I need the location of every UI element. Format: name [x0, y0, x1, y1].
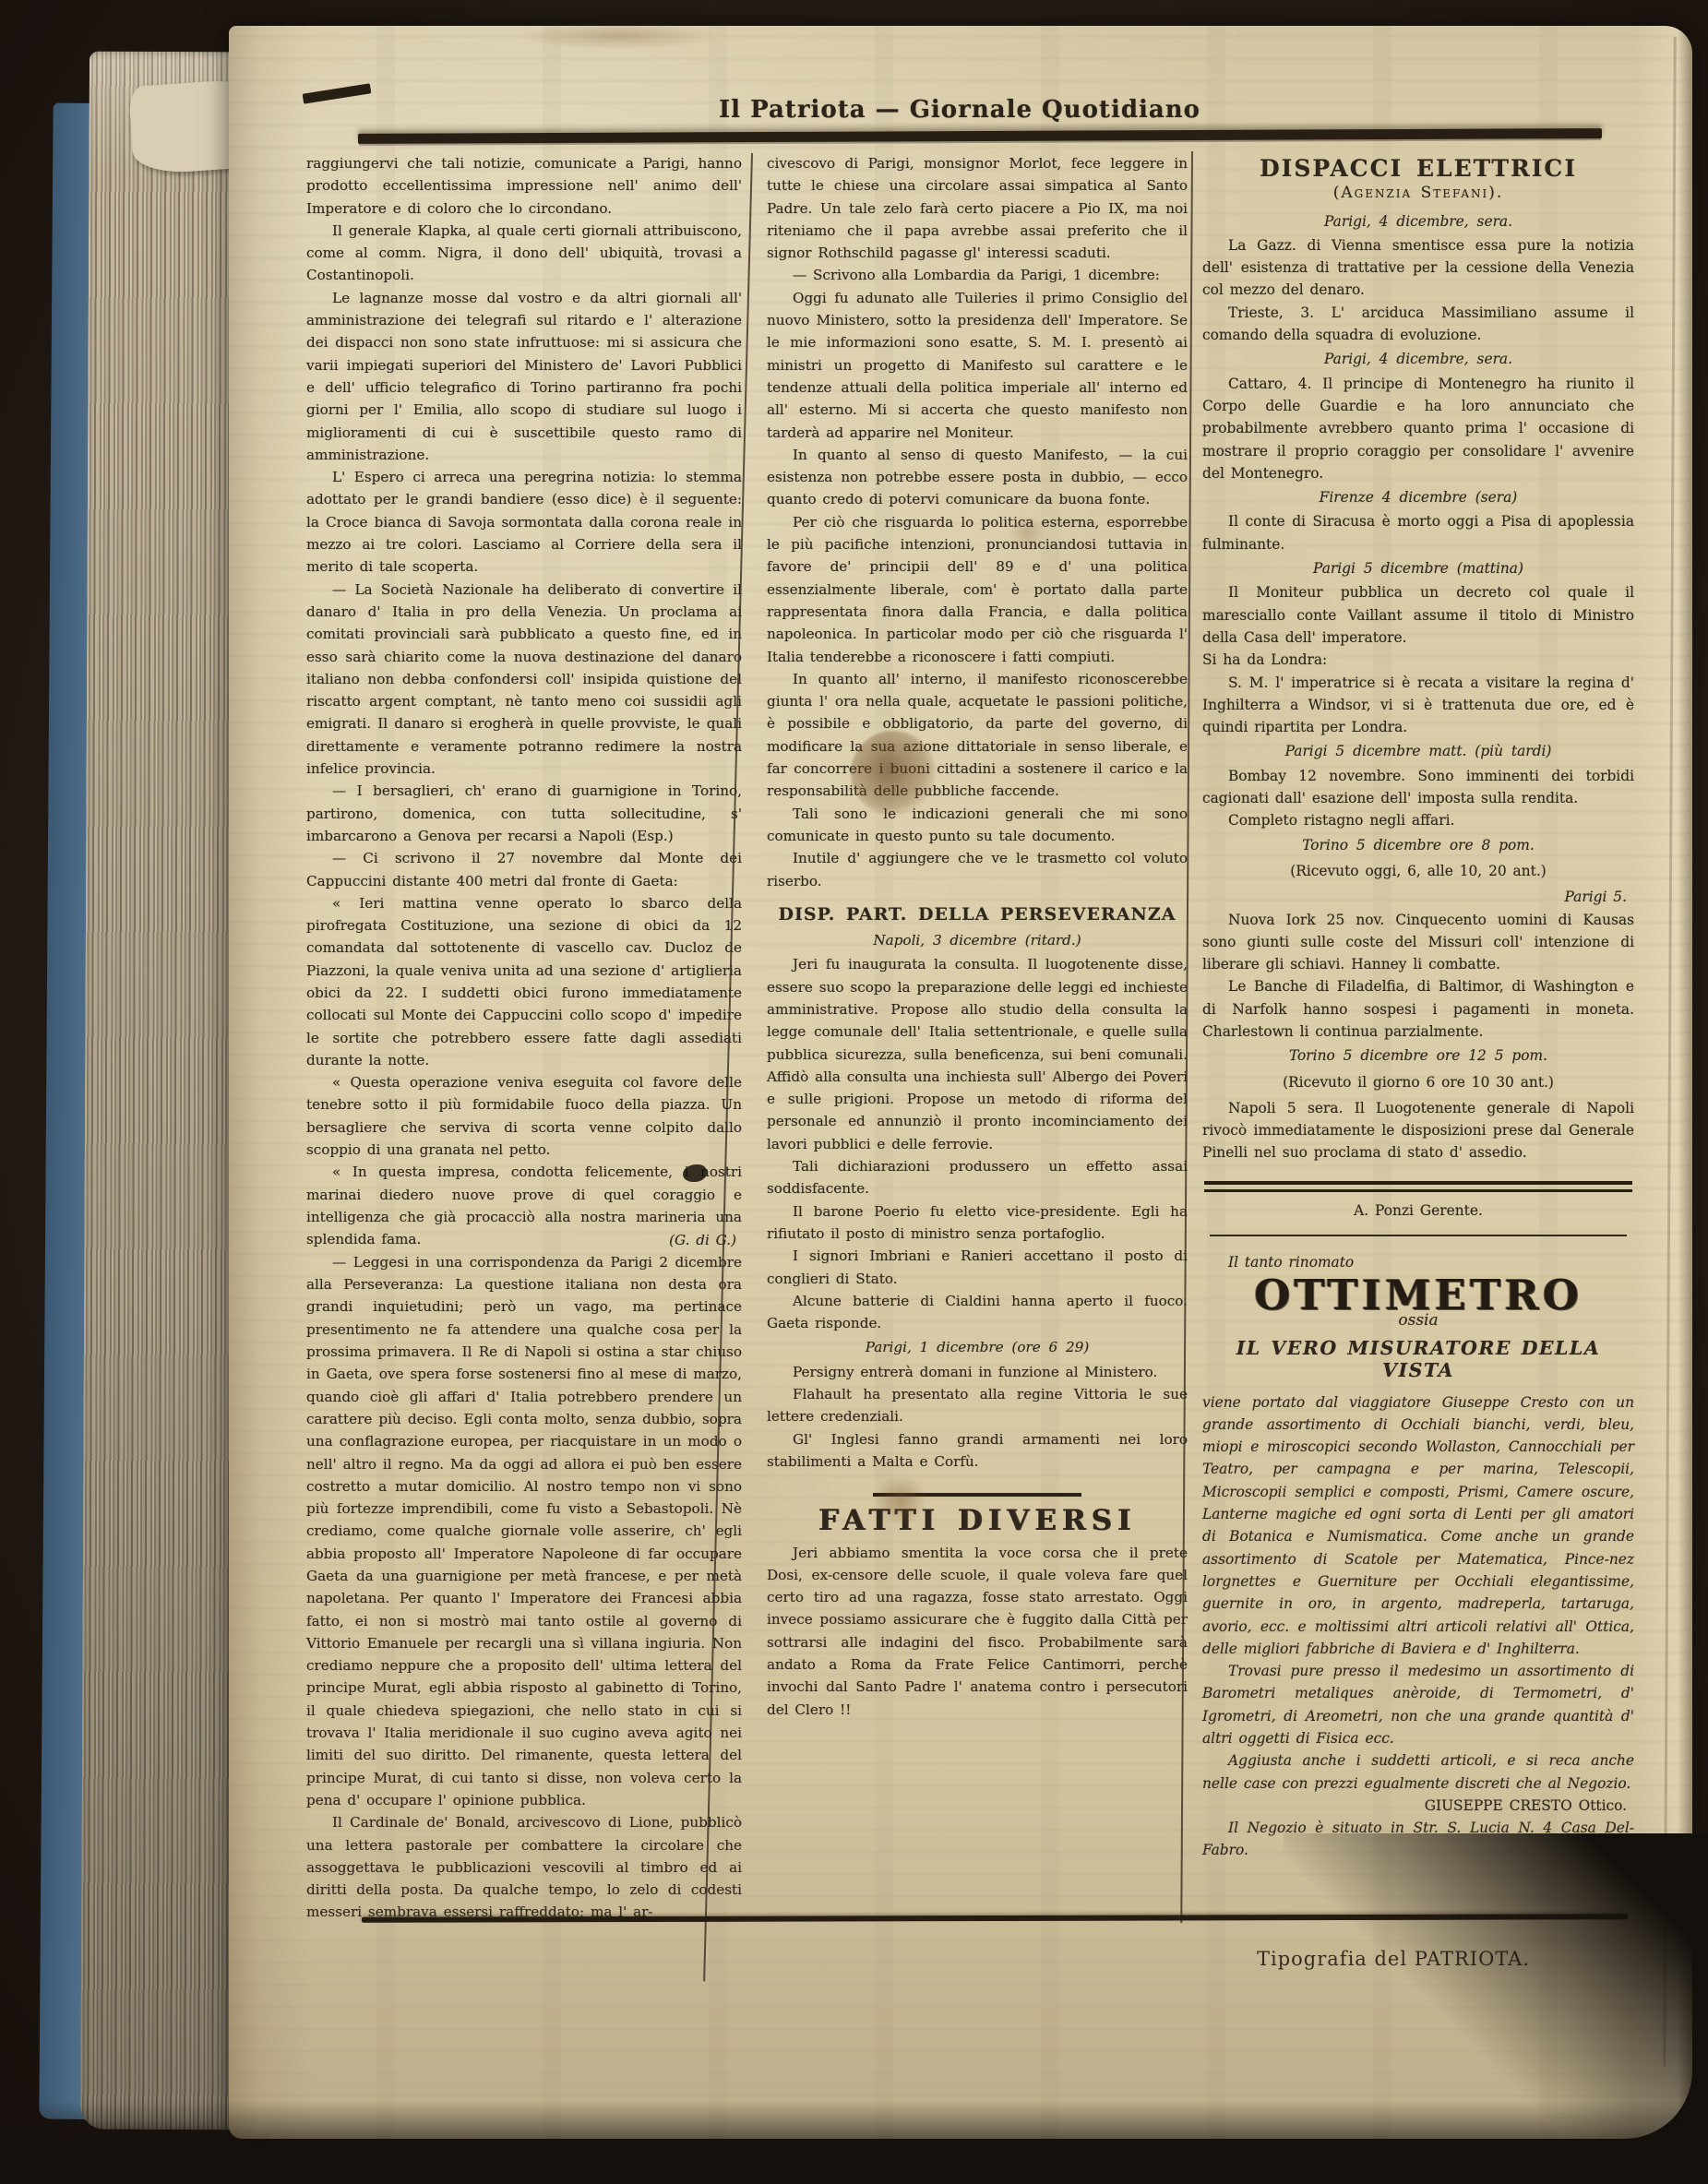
paragraph: IL VERO MISURATORE DELLA VISTA	[1202, 1337, 1634, 1382]
column-2: civescovo di Parigi, monsignor Morlot, f…	[767, 152, 1188, 1721]
paragraph: Parigi 5 dicembre matt. (più tardi)	[1202, 740, 1634, 762]
paragraph: OTTIMETRO	[1202, 1284, 1634, 1307]
paragraph: Parigi, 4 dicembre, sera.	[1202, 348, 1634, 370]
paragraph: L' Espero ci arreca una peregrina notizi…	[306, 466, 742, 578]
paragraph: Inutile d' aggiungere che ve le trasmett…	[767, 847, 1188, 892]
paragraph: Tali dichiarazioni produssero un effetto…	[767, 1155, 1188, 1200]
paragraph: S. M. l' imperatrice si è recata a visit…	[1202, 672, 1634, 739]
paragraph: « Questa operazione veniva eseguita col …	[306, 1071, 742, 1161]
paragraph	[1210, 1235, 1627, 1236]
paragraph: GIUSEPPE CRESTO Ottico.	[1202, 1795, 1634, 1817]
paragraph: Parigi, 1 dicembre (ore 6 29)	[767, 1336, 1188, 1358]
paragraph: (Ricevuto il giorno 6 ore 10 30 ant.)	[1202, 1071, 1634, 1093]
paragraph: Torino 5 dicembre ore 8 pom.	[1202, 834, 1634, 856]
paragraph: Cattaro, 4. Il principe di Montenegro ha…	[1202, 373, 1634, 484]
paragraph: Gl' Inglesi fanno grandi armamenti nei l…	[767, 1428, 1188, 1474]
paragraph: Parigi 5 dicembre (mattina)	[1202, 557, 1634, 579]
paragraph: Tali sono le indicazioni generali che mi…	[767, 803, 1188, 848]
paragraph: Per ciò che risguarda lo politica estern…	[767, 511, 1188, 668]
paragraph: Firenze 4 dicembre (sera)	[1202, 486, 1634, 508]
paragraph: FATTI DIVERSI	[767, 1510, 1188, 1532]
paragraph	[873, 1493, 1081, 1497]
paragraph: Il Moniteur pubblica un decreto col qual…	[1202, 581, 1634, 649]
paragraph: civescovo di Parigi, monsignor Morlot, f…	[767, 152, 1188, 264]
paragraph: Completo ristagno negli affari.	[1202, 809, 1634, 831]
paragraph: Il generale Klapka, al quale certi giorn…	[306, 220, 742, 287]
paragraph: Trovasi pure presso il medesimo un assor…	[1202, 1660, 1634, 1749]
paragraph: raggiungervi che tali notizie, comunicat…	[306, 152, 742, 220]
paragraph: A. Ponzi Gerente.	[1202, 1199, 1634, 1222]
paragraph: Si ha da Londra:	[1202, 649, 1634, 671]
paragraph: Torino 5 dicembre ore 12 5 pom.	[1202, 1044, 1634, 1067]
paragraph: DISP. PART. DELLA PERSEVERANZA	[767, 903, 1188, 925]
paragraph: Parigi, 4 dicembre, sera.	[1202, 210, 1634, 233]
paragraph: Jeri fu inaugurata la consulta. Il luogo…	[767, 953, 1188, 1155]
paragraph: viene portato dal viaggiatore Giuseppe C…	[1202, 1391, 1634, 1661]
paragraph: Napoli 5 sera. Il Luogotenente generale …	[1202, 1097, 1634, 1164]
tipografia-line: Tipografia del PATRIOTA.	[1227, 1948, 1559, 1970]
paragraph: Alcune batterie di Cialdini hanna aperto…	[767, 1290, 1188, 1335]
paragraph: Napoli, 3 dicembre (ritard.)	[767, 929, 1188, 951]
paragraph: — I bersaglieri, ch' erano di guarnigion…	[306, 780, 742, 847]
paragraph: Jeri abbiamo smentita la voce corsa che …	[767, 1542, 1188, 1721]
paragraph: Il barone Poerio fu eletto vice-presiden…	[767, 1200, 1188, 1246]
paragraph: Le lagnanze mosse dal vostro e da altri …	[306, 287, 742, 466]
column-1: raggiungervi che tali notizie, comunicat…	[306, 152, 742, 1924]
paragraph: — Scrivono alla Lombardia da Parigi, 1 d…	[767, 264, 1188, 286]
paragraph: Il conte di Siracusa è morto oggi a Pisa…	[1202, 510, 1634, 555]
newspaper-scan: Il Patriota — Giornale Quotidiano raggiu…	[0, 0, 1708, 2184]
paragraph: Le Banche di Filadelfia, di Baltimor, di…	[1202, 975, 1634, 1043]
paragraph: I signori Imbriani e Ranieri accettano i…	[767, 1245, 1188, 1290]
paragraph: Aggiusta anche i suddetti articoli, e si…	[1202, 1749, 1634, 1795]
paragraph: (Ricevuto oggi, 6, alle 10, 20 ant.)	[1202, 860, 1634, 882]
column-3: DISPACCI ELETTRICI(Agenzia Stefani).Pari…	[1202, 152, 1634, 1862]
paragraph: Il Cardinale de' Bonald, arcivescovo di …	[306, 1811, 742, 1923]
paragraph: — La Società Nazionale ha deliberato di …	[306, 579, 742, 781]
paragraph: Bombay 12 novembre. Sono imminenti dei t…	[1202, 765, 1634, 810]
paragraph: « Ieri mattina venne operato lo sbarco d…	[306, 892, 742, 1071]
paragraph	[1204, 1181, 1632, 1192]
paragraph: Nuova Iork 25 nov. Cinquecento uomini di…	[1202, 909, 1634, 976]
paragraph: Parigi 5.	[1202, 886, 1634, 908]
paragraph: Oggi fu adunato alle Tuileries il primo …	[767, 287, 1188, 444]
paragraph: — Ci scrivono il 27 novembre dal Monte d…	[306, 847, 742, 892]
paragraph: (Agenzia Stefani).	[1202, 182, 1634, 204]
paragraph: La Gazz. di Vienna smentisce essa pure l…	[1202, 234, 1634, 302]
masthead-title: Il Patriota — Giornale Quotidiano	[701, 96, 1218, 124]
paragraph: — Leggesi in una corrispondenza da Parig…	[306, 1251, 742, 1811]
paragraph: DISPACCI ELETTRICI	[1202, 158, 1634, 180]
paragraph: In quanto al senso di questo Manifesto, …	[767, 444, 1188, 511]
paragraph: Persigny entrerà domani in funzione al M…	[767, 1361, 1188, 1383]
paragraph: Il Negozio è situato in Str. S. Lucia N.…	[1202, 1817, 1634, 1862]
paragraph: Flahault ha presentato alla regine Vitto…	[767, 1383, 1188, 1428]
paragraph: Trieste, 3. L' arciduca Massimiliano ass…	[1202, 302, 1634, 347]
paragraph: In quanto all' interno, il manifesto ric…	[767, 668, 1188, 803]
